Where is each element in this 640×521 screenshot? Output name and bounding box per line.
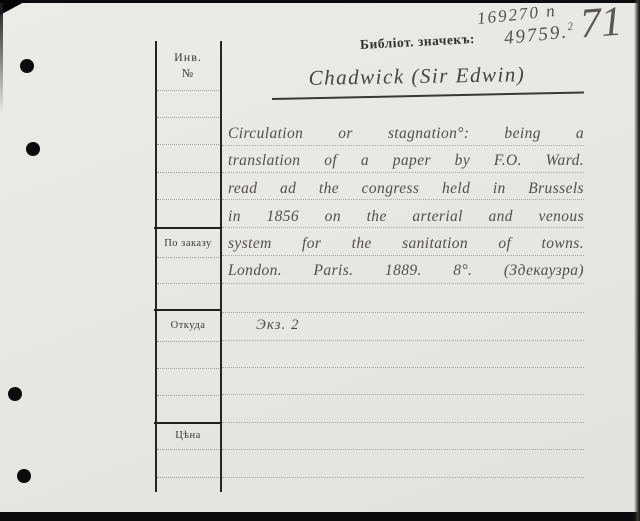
inventory-label-line1: Инв. — [174, 50, 202, 64]
cena-label: Цѣна — [156, 430, 220, 441]
catalog-card-scan: { "card": { "header": { "accession_numbe… — [0, 0, 640, 521]
ruled-line — [222, 145, 584, 146]
hole-punch — [8, 387, 22, 401]
ruled-line — [222, 340, 584, 341]
column-line-right — [220, 41, 222, 492]
ruled-line — [222, 477, 584, 478]
ruled-line — [222, 312, 584, 313]
column-line-left — [155, 41, 157, 492]
ruled-line — [157, 172, 219, 173]
library-mark-number-main: 49759. — [503, 21, 569, 49]
card-heading: Chadwick (Sir Edwin) — [252, 61, 582, 92]
heading-underline — [272, 91, 584, 100]
section-divider — [154, 309, 222, 311]
ruled-line — [222, 283, 584, 284]
scan-edge-right — [634, 0, 640, 521]
ruled-line — [157, 395, 219, 396]
ruled-line — [157, 144, 219, 145]
ruled-line — [157, 117, 219, 118]
inventory-number-label: Инв. № — [156, 50, 220, 81]
hole-punch — [20, 59, 34, 73]
ruled-line — [222, 449, 584, 450]
ruled-line — [222, 394, 584, 395]
section-divider — [154, 422, 222, 424]
ruled-line — [157, 368, 219, 369]
description-line: system for the sanitation of towns. — [228, 233, 584, 255]
description-line: London. Paris. 1889. 8°. (Здекаузра) — [228, 260, 584, 282]
po-zakazu-label: По заказу — [156, 238, 220, 249]
scan-corner-wedge — [0, 0, 28, 15]
corner-page-number: 71 — [578, 0, 623, 47]
hole-punch — [26, 142, 40, 156]
ruled-line — [157, 283, 219, 284]
ruled-line — [157, 199, 219, 200]
ruled-line — [157, 341, 219, 342]
description-line: translation of a paper by F.O. Ward. — [228, 150, 584, 172]
section-divider — [154, 227, 222, 229]
scan-edge-left — [0, 3, 3, 113]
copy-note: Экз. 2 — [256, 317, 300, 334]
ruled-line — [157, 449, 219, 450]
ruled-line — [222, 172, 584, 173]
ruled-line — [222, 422, 584, 423]
library-mark-superscript: 2 — [567, 20, 576, 33]
description-line: in 1856 on the arterial and venous — [228, 206, 584, 228]
otkuda-label: Откуда — [156, 320, 220, 331]
library-mark-label: Библіот. значекъ: — [360, 31, 476, 53]
ruled-line — [222, 255, 584, 256]
inventory-label-line2: № — [156, 66, 220, 81]
scan-edge-bottom — [0, 512, 640, 521]
ruled-line — [157, 90, 219, 91]
ruled-line — [157, 257, 219, 258]
hole-punch — [17, 469, 31, 483]
ruled-line — [222, 367, 584, 368]
description-line: Circulation or stagnation°: being a — [228, 123, 584, 145]
description-line: read ad the congress held in Brussels — [228, 178, 584, 200]
ruled-line — [157, 477, 219, 478]
